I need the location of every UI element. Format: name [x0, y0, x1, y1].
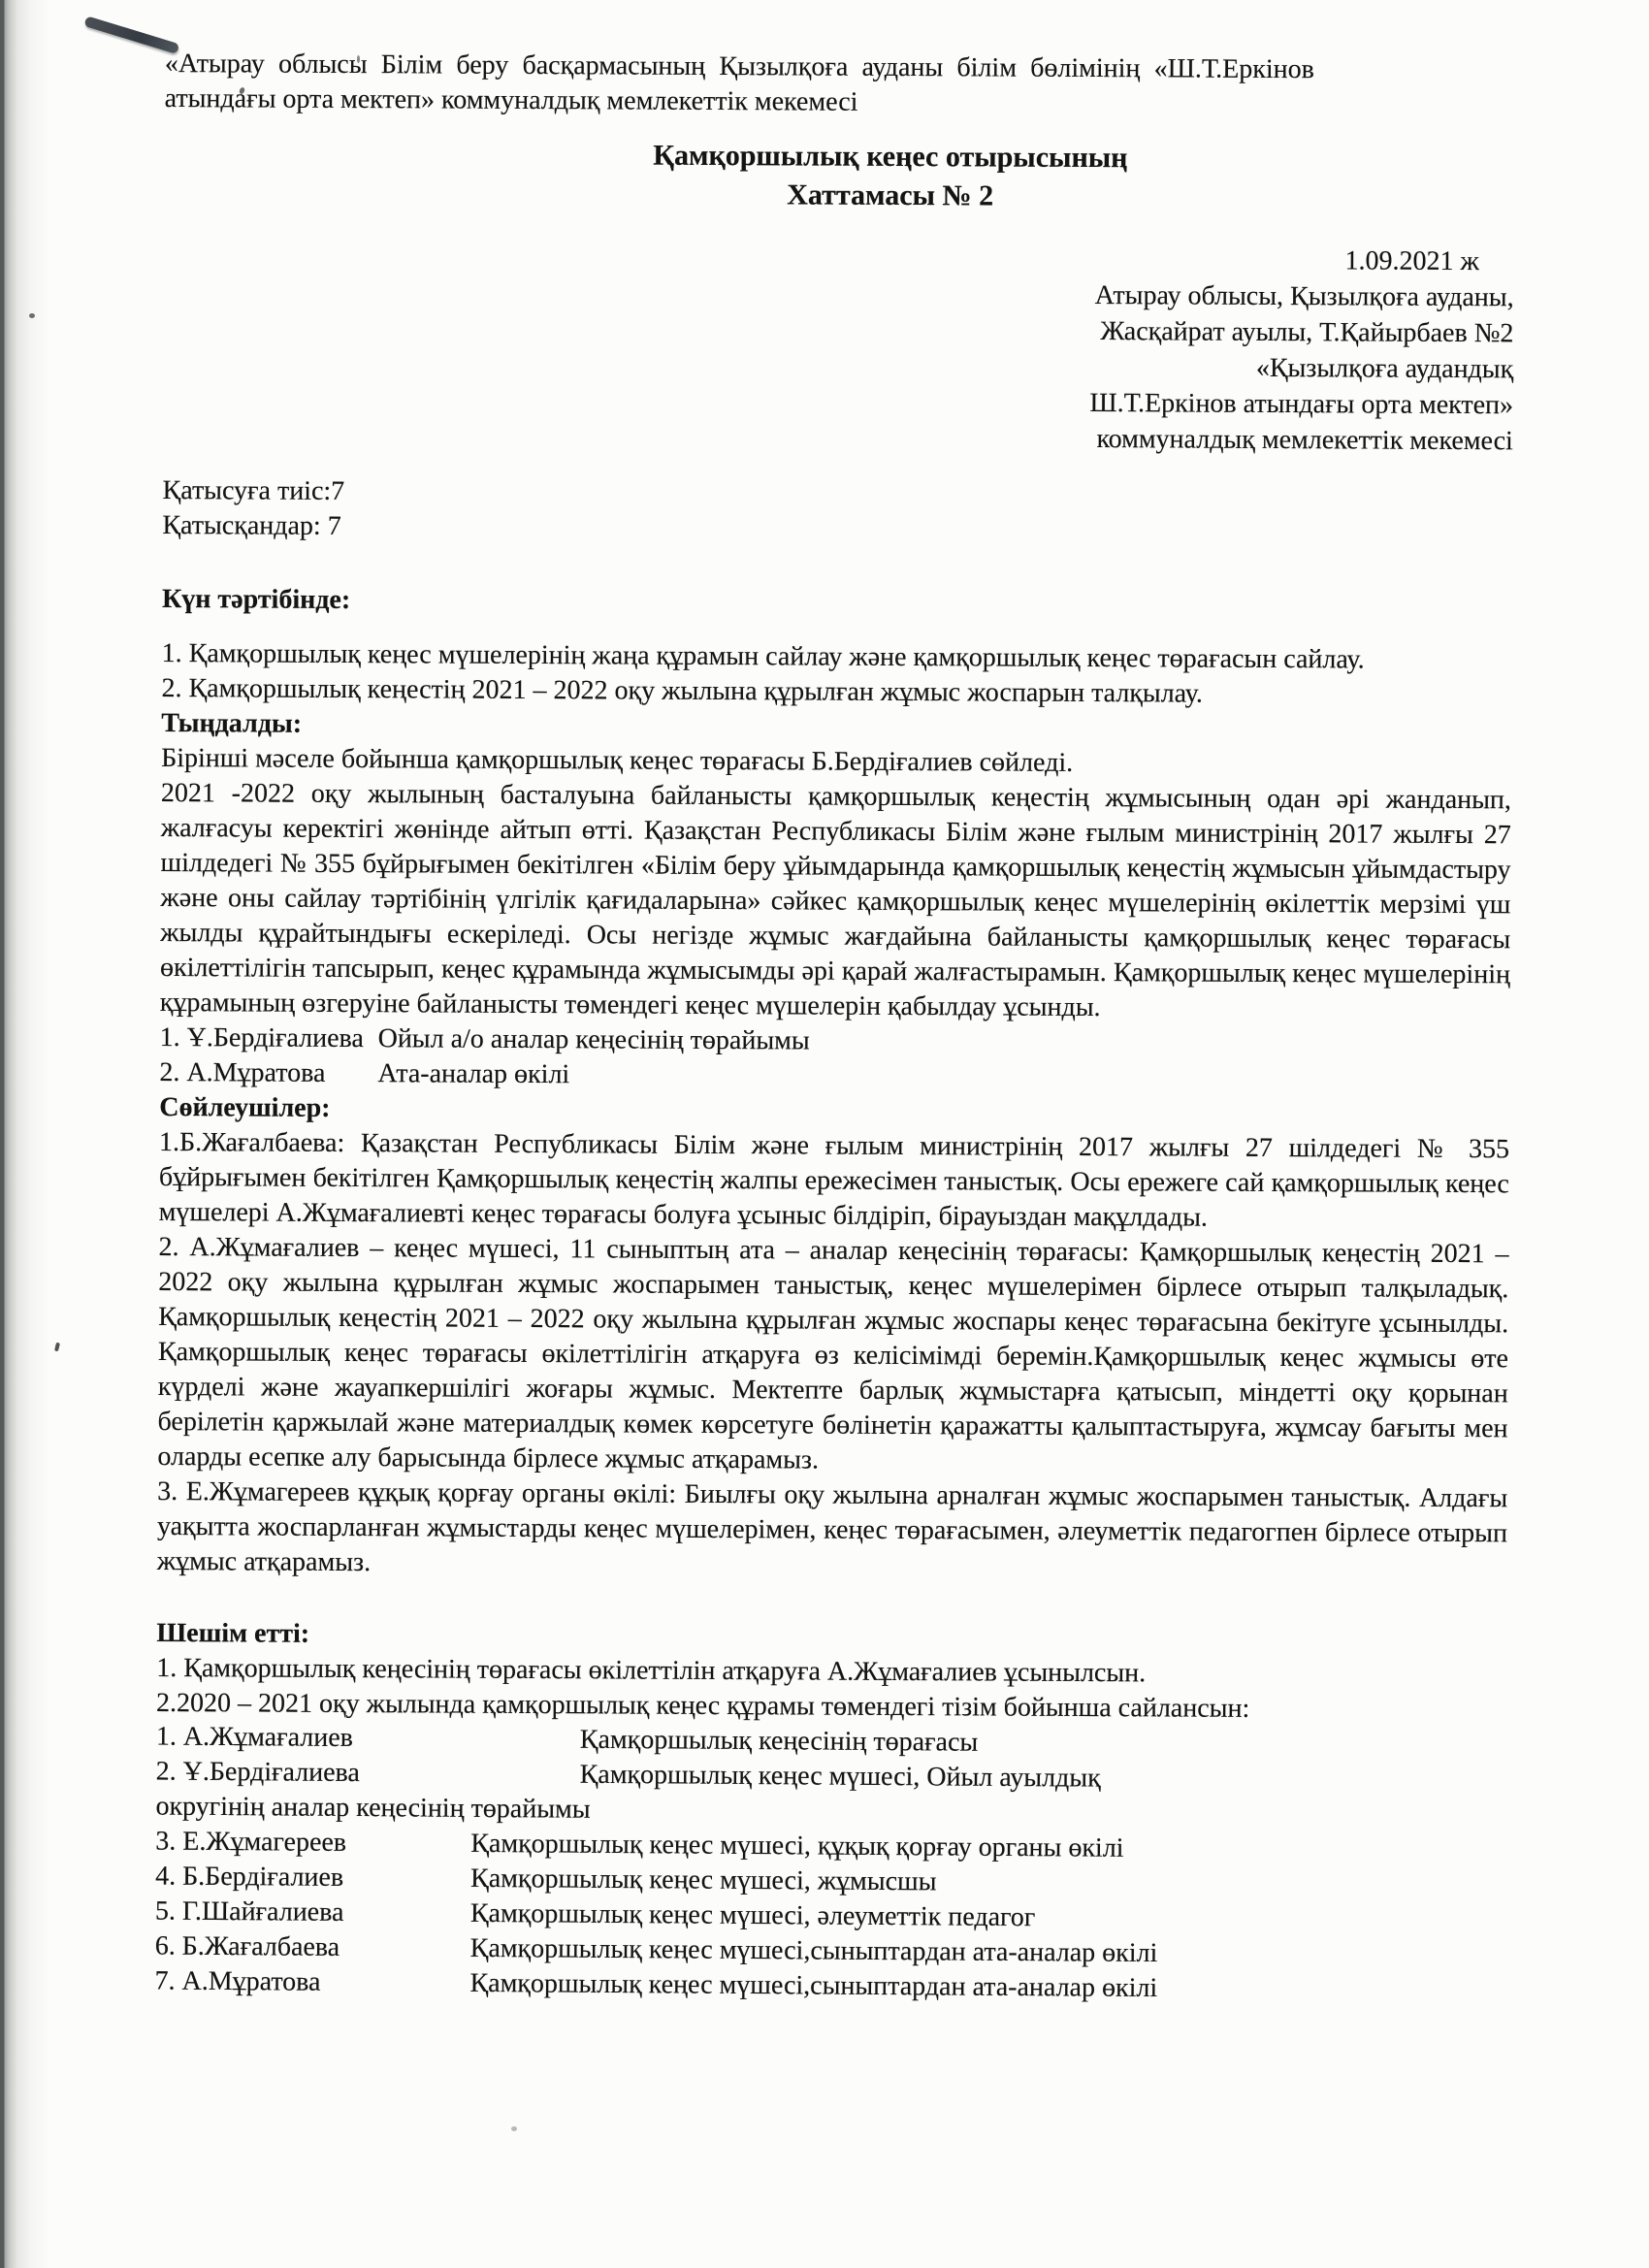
proposed-member-name: 2. А.Мұратова [159, 1055, 371, 1091]
protocol-title: Қамқоршылық кеңес отырысының [266, 135, 1514, 180]
proposed-member-name: 1. Ұ.Бердіғалиева [160, 1021, 372, 1056]
member-name: 7. А.Мұратова [154, 1964, 463, 2001]
member-name: 1. А.Жұмағалиев [156, 1720, 573, 1758]
speaker-entry: 2. А.Жұмағалиев – кеңес мүшесі, 11 сынып… [157, 1230, 1508, 1481]
agenda-item: 2. Қамқоршылық кеңестің 2021 – 2022 оқу … [161, 671, 1511, 713]
scanned-document-page: «Атырау облысы Білім беру басқармасының … [0, 0, 1649, 2268]
proposed-member-row: 2. А.Мұратова Ата-аналар өкілі [159, 1055, 1509, 1097]
member-name: 2. Ұ.Бердіғалиева [156, 1755, 573, 1793]
member-name: 6. Б.Жағалбаева [155, 1929, 464, 1966]
member-role: Қамқоршылық кеңес мүшесі, Ойыл ауылдық [580, 1760, 1101, 1794]
speaker-entry: 1.Б.Жағалбаева: Қазақстан Республикасы Б… [159, 1125, 1510, 1237]
speaker-entry: 3. Е.Жұмагереев құқық қорғау органы өкіл… [157, 1474, 1508, 1586]
proposed-member-role: Ойыл а/о аналар кеңесінің төрайымы [378, 1023, 810, 1055]
organization-name: «Атырау облысы Білім беру басқармасының … [165, 47, 1314, 122]
ink-speck [511, 2126, 517, 2131]
member-role: Қамқоршылық кеңес мүшесі, құқық қорғау о… [470, 1829, 1123, 1863]
ink-speck [54, 1343, 60, 1352]
proposed-member-role: Ата-аналар өкілі [377, 1058, 569, 1089]
address-line: коммуналдық мемлекеттік мекемесі [163, 416, 1513, 459]
attendance-block: Қатысуға тиіс:7 Қатысқандар: 7 [162, 473, 1512, 550]
ink-speck [29, 313, 35, 318]
date-address-block: 1.09.2021 ж Атырау облысы, Қызылқоға ауд… [163, 237, 1514, 459]
member-role: Қамқоршылық кеңес мүшесі, жұмысшы [470, 1863, 937, 1897]
protocol-title-block: Қамқоршылық кеңес отырысының Хаттамасы №… [164, 134, 1514, 218]
member-name: 5. Г.Шайғалиева [155, 1895, 464, 1931]
member-name: 4. Б.Бердіғалиев [155, 1860, 464, 1896]
member-role: Қамқоршылық кеңес мүшесі, әлеуметтік пед… [470, 1898, 1036, 1932]
member-role: Қамқоршылық кеңесінің төрағасы [580, 1725, 979, 1758]
member-name: 3. Е.Жұмагереев [155, 1825, 464, 1862]
heard-body: 2021 -2022 оқу жылының басталуына байлан… [160, 776, 1511, 1027]
member-role: Қамқоршылық кеңес мүшесі,сыныптардан ата… [469, 1968, 1157, 2003]
member-role: Қамқоршылық кеңес мүшесі,сыныптардан ата… [470, 1933, 1158, 1968]
protocol-number: Хаттамасы № 2 [266, 174, 1514, 219]
attendance-attended: Қатысқандар: 7 [162, 508, 1512, 550]
document-content: «Атырау облысы Білім беру басқармасының … [154, 47, 1515, 2007]
member-role: округінің аналар кеңесінің төрайымы [155, 1792, 590, 1825]
agenda-heading: Күн тәртібінде: [162, 582, 1512, 624]
